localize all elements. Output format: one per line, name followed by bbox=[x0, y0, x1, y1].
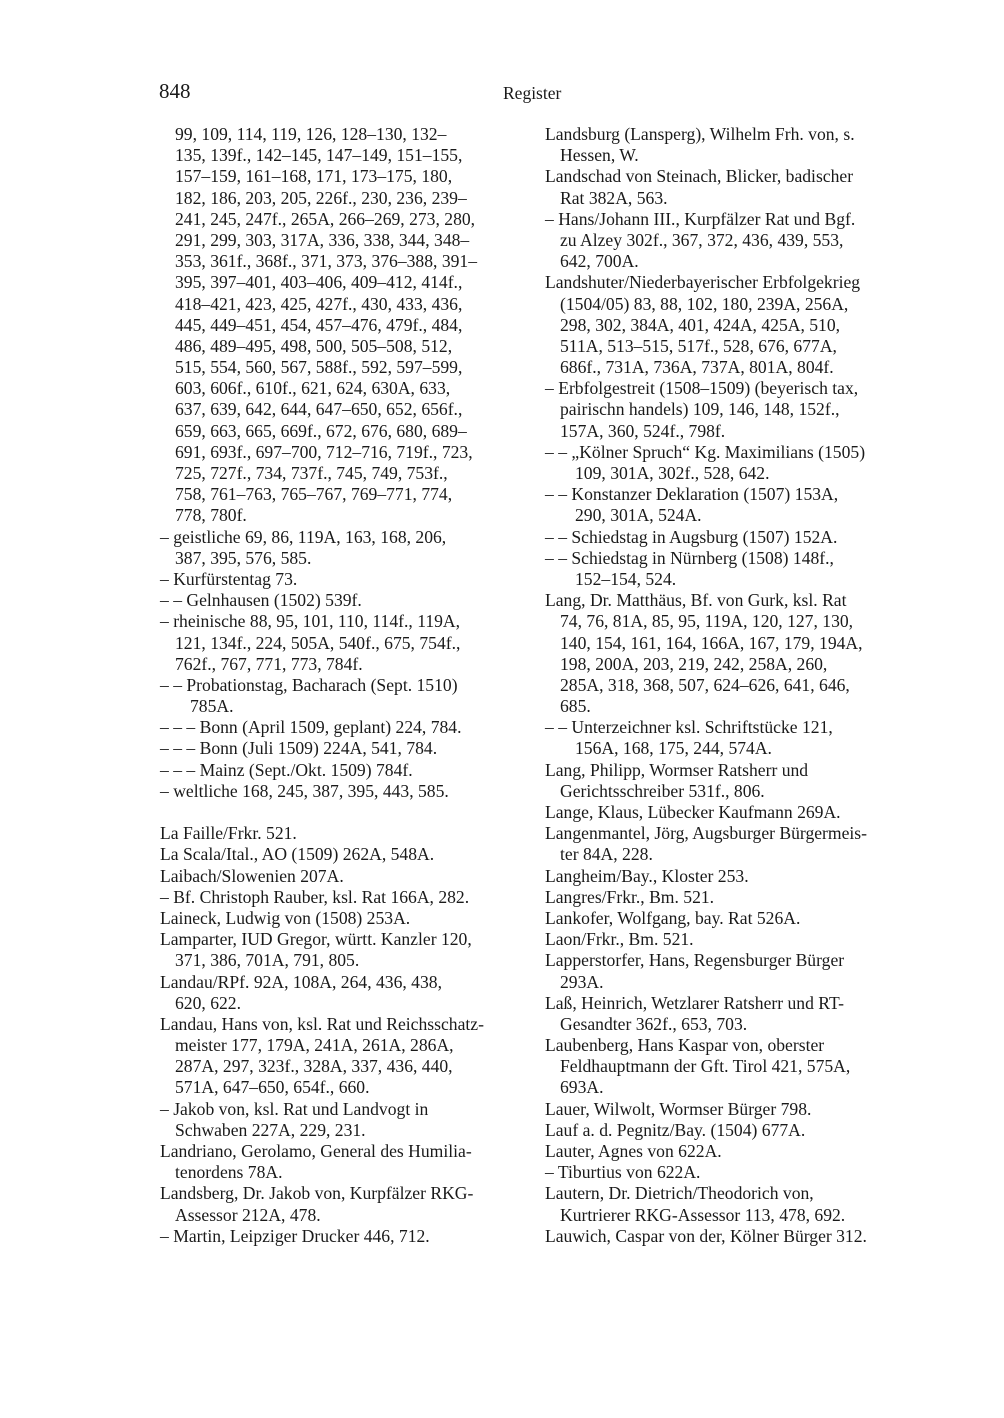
index-line: 785A. bbox=[160, 696, 530, 717]
index-line: 74, 76, 81A, 85, 95, 119A, 120, 127, 130… bbox=[545, 611, 925, 632]
index-column-left: 99, 109, 114, 119, 126, 128–130, 132– 13… bbox=[160, 124, 530, 1247]
index-line: 486, 489–495, 498, 500, 505–508, 512, bbox=[160, 336, 530, 357]
index-line: ter 84A, 228. bbox=[545, 844, 925, 865]
index-line: pairischn handels) 109, 146, 148, 152f., bbox=[545, 399, 925, 420]
index-line: 685. bbox=[545, 696, 925, 717]
index-line: 387, 395, 576, 585. bbox=[160, 548, 530, 569]
index-line: 637, 639, 642, 644, 647–650, 652, 656f., bbox=[160, 399, 530, 420]
index-entry: Laubenberg, Hans Kaspar von, oberster bbox=[545, 1035, 925, 1056]
index-entry: – geistliche 69, 86, 119A, 163, 168, 206… bbox=[160, 527, 530, 548]
index-line: 659, 663, 665, 669f., 672, 676, 680, 689… bbox=[160, 421, 530, 442]
index-line: 686f., 731A, 736A, 737A, 801A, 804f. bbox=[545, 357, 925, 378]
index-entry: – – Schiedstag in Nürnberg (1508) 148f., bbox=[545, 548, 925, 569]
index-line: 571A, 647–650, 654f., 660. bbox=[160, 1077, 530, 1098]
index-line: 511A, 513–515, 517f., 528, 676, 677A, bbox=[545, 336, 925, 357]
index-line: Rat 382A, 563. bbox=[545, 188, 925, 209]
index-line: 395, 397–401, 403–406, 409–412, 414f., bbox=[160, 272, 530, 293]
index-entry: Landsberg, Dr. Jakob von, Kurpfälzer RKG… bbox=[160, 1183, 530, 1204]
index-line: 620, 622. bbox=[160, 993, 530, 1014]
index-line: 182, 186, 203, 205, 226f., 230, 236, 239… bbox=[160, 188, 530, 209]
index-entry: – Erbfolgestreit (1508–1509) (beyerisch … bbox=[545, 378, 925, 399]
index-entry: – – – Bonn (Juli 1509) 224A, 541, 784. bbox=[160, 738, 530, 759]
index-entry: – Tiburtius von 622A. bbox=[545, 1162, 925, 1183]
index-entry: – – Unterzeichner ksl. Schriftstücke 121… bbox=[545, 717, 925, 738]
index-line: 291, 299, 303, 317A, 336, 338, 344, 348– bbox=[160, 230, 530, 251]
index-entry: Lapperstorfer, Hans, Regensburger Bürger bbox=[545, 950, 925, 971]
index-entry: Lankofer, Wolfgang, bay. Rat 526A. bbox=[545, 908, 925, 929]
index-line: Schwaben 227A, 229, 231. bbox=[160, 1120, 530, 1141]
index-entry: La Faille/Frkr. 521. bbox=[160, 823, 530, 844]
index-line: 298, 302, 384A, 401, 424A, 425A, 510, bbox=[545, 315, 925, 336]
index-entry: Landriano, Gerolamo, General des Humilia… bbox=[160, 1141, 530, 1162]
index-entry: Laon/Frkr., Bm. 521. bbox=[545, 929, 925, 950]
index-entry: – Bf. Christoph Rauber, ksl. Rat 166A, 2… bbox=[160, 887, 530, 908]
index-entry: – – Gelnhausen (1502) 539f. bbox=[160, 590, 530, 611]
index-entry: Lang, Dr. Matthäus, Bf. von Gurk, ksl. R… bbox=[545, 590, 925, 611]
index-line: 445, 449–451, 454, 457–476, 479f., 484, bbox=[160, 315, 530, 336]
index-entry: Lautern, Dr. Dietrich/Theodorich von, bbox=[545, 1183, 925, 1204]
index-entry: Langheim/Bay., Kloster 253. bbox=[545, 866, 925, 887]
letter-gap bbox=[160, 802, 530, 823]
index-line: (1504/05) 83, 88, 102, 180, 239A, 256A, bbox=[545, 294, 925, 315]
index-entry: Langenmantel, Jörg, Augsburger Bürgermei… bbox=[545, 823, 925, 844]
index-line: 293A. bbox=[545, 972, 925, 993]
index-line: 285A, 318, 368, 507, 624–626, 641, 646, bbox=[545, 675, 925, 696]
index-entry: Lauter, Agnes von 622A. bbox=[545, 1141, 925, 1162]
index-entry: Landschad von Steinach, Blicker, badisch… bbox=[545, 166, 925, 187]
index-line: 241, 245, 247f., 265A, 266–269, 273, 280… bbox=[160, 209, 530, 230]
index-line: 371, 386, 701A, 791, 805. bbox=[160, 950, 530, 971]
index-entry: – rheinische 88, 95, 101, 110, 114f., 11… bbox=[160, 611, 530, 632]
index-line: Feldhauptmann der Gft. Tirol 421, 575A, bbox=[545, 1056, 925, 1077]
index-line: 353, 361f., 368f., 371, 373, 376–388, 39… bbox=[160, 251, 530, 272]
index-entry: Landsburg (Lansperg), Wilhelm Frh. von, … bbox=[545, 124, 925, 145]
index-line: Hessen, W. bbox=[545, 145, 925, 166]
index-line: Assessor 212A, 478. bbox=[160, 1205, 530, 1226]
index-entry: Lauwich, Caspar von der, Kölner Bürger 3… bbox=[545, 1226, 925, 1247]
index-entry: Langres/Frkr., Bm. 521. bbox=[545, 887, 925, 908]
index-entry: – – Probationstag, Bacharach (Sept. 1510… bbox=[160, 675, 530, 696]
index-line: 762f., 767, 771, 773, 784f. bbox=[160, 654, 530, 675]
index-line: 152–154, 524. bbox=[545, 569, 925, 590]
index-line: 515, 554, 560, 567, 588f., 592, 597–599, bbox=[160, 357, 530, 378]
index-line: Kurtrierer RKG-Assessor 113, 478, 692. bbox=[545, 1205, 925, 1226]
index-entry: Landau/RPf. 92A, 108A, 264, 436, 438, bbox=[160, 972, 530, 993]
index-line: tenordens 78A. bbox=[160, 1162, 530, 1183]
index-entry: – – – Bonn (April 1509, geplant) 224, 78… bbox=[160, 717, 530, 738]
index-line: 156A, 168, 175, 244, 574A. bbox=[545, 738, 925, 759]
index-line: zu Alzey 302f., 367, 372, 436, 439, 553, bbox=[545, 230, 925, 251]
index-entry: Landshuter/Niederbayerischer Erbfolgekri… bbox=[545, 272, 925, 293]
index-line: meister 177, 179A, 241A, 261A, 286A, bbox=[160, 1035, 530, 1056]
index-entry: Laibach/Slowenien 207A. bbox=[160, 866, 530, 887]
index-entry: Lauf a. d. Pegnitz/Bay. (1504) 677A. bbox=[545, 1120, 925, 1141]
index-line: Gerichtsschreiber 531f., 806. bbox=[545, 781, 925, 802]
index-line: 99, 109, 114, 119, 126, 128–130, 132– bbox=[160, 124, 530, 145]
index-entry: Lamparter, IUD Gregor, württ. Kanzler 12… bbox=[160, 929, 530, 950]
page-number: 848 bbox=[159, 79, 191, 103]
index-entry: – Jakob von, ksl. Rat und Landvogt in bbox=[160, 1099, 530, 1120]
index-line: 691, 693f., 697–700, 712–716, 719f., 723… bbox=[160, 442, 530, 463]
index-line: 693A. bbox=[545, 1077, 925, 1098]
index-entry: La Scala/Ital., AO (1509) 262A, 548A. bbox=[160, 844, 530, 865]
index-entry: – – Schiedstag in Augsburg (1507) 152A. bbox=[545, 527, 925, 548]
running-head: Register bbox=[503, 82, 561, 104]
index-column-right: Landsburg (Lansperg), Wilhelm Frh. von, … bbox=[545, 124, 925, 1247]
index-entry: Laineck, Ludwig von (1508) 253A. bbox=[160, 908, 530, 929]
index-line: 121, 134f., 224, 505A, 540f., 675, 754f.… bbox=[160, 633, 530, 654]
index-entry: – Kurfürstentag 73. bbox=[160, 569, 530, 590]
index-line: 198, 200A, 203, 219, 242, 258A, 260, bbox=[545, 654, 925, 675]
index-line: 287A, 297, 323f., 328A, 337, 436, 440, bbox=[160, 1056, 530, 1077]
index-line: 157A, 360, 524f., 798f. bbox=[545, 421, 925, 442]
index-entry: – – – Mainz (Sept./Okt. 1509) 784f. bbox=[160, 760, 530, 781]
index-line: 603, 606f., 610f., 621, 624, 630A, 633, bbox=[160, 378, 530, 399]
index-line: 642, 700A. bbox=[545, 251, 925, 272]
index-line: 418–421, 423, 425, 427f., 430, 433, 436, bbox=[160, 294, 530, 315]
index-line: 157–159, 161–168, 171, 173–175, 180, bbox=[160, 166, 530, 187]
index-entry: – – Konstanzer Deklaration (1507) 153A, bbox=[545, 484, 925, 505]
index-line: 758, 761–763, 765–767, 769–771, 774, bbox=[160, 484, 530, 505]
index-line: 725, 727f., 734, 737f., 745, 749, 753f., bbox=[160, 463, 530, 484]
index-entry: Laß, Heinrich, Wetzlarer Ratsherr und RT… bbox=[545, 993, 925, 1014]
index-line: Gesandter 362f., 653, 703. bbox=[545, 1014, 925, 1035]
index-entry: – Hans/Johann III., Kurpfälzer Rat und B… bbox=[545, 209, 925, 230]
index-entry: – weltliche 168, 245, 387, 395, 443, 585… bbox=[160, 781, 530, 802]
index-entry: Lauer, Wilwolt, Wormser Bürger 798. bbox=[545, 1099, 925, 1120]
index-line: 140, 154, 161, 164, 166A, 167, 179, 194A… bbox=[545, 633, 925, 654]
index-entry: – – „Kölner Spruch“ Kg. Maximilians (150… bbox=[545, 442, 925, 463]
index-entry: – Martin, Leipziger Drucker 446, 712. bbox=[160, 1226, 530, 1247]
index-entry: Landau, Hans von, ksl. Rat und Reichssch… bbox=[160, 1014, 530, 1035]
index-entry: Lang, Philipp, Wormser Ratsherr und bbox=[545, 760, 925, 781]
index-entry: Lange, Klaus, Lübecker Kaufmann 269A. bbox=[545, 802, 925, 823]
index-line: 290, 301A, 524A. bbox=[545, 505, 925, 526]
index-line: 135, 139f., 142–145, 147–149, 151–155, bbox=[160, 145, 530, 166]
index-line: 778, 780f. bbox=[160, 505, 530, 526]
index-line: 109, 301A, 302f., 528, 642. bbox=[545, 463, 925, 484]
